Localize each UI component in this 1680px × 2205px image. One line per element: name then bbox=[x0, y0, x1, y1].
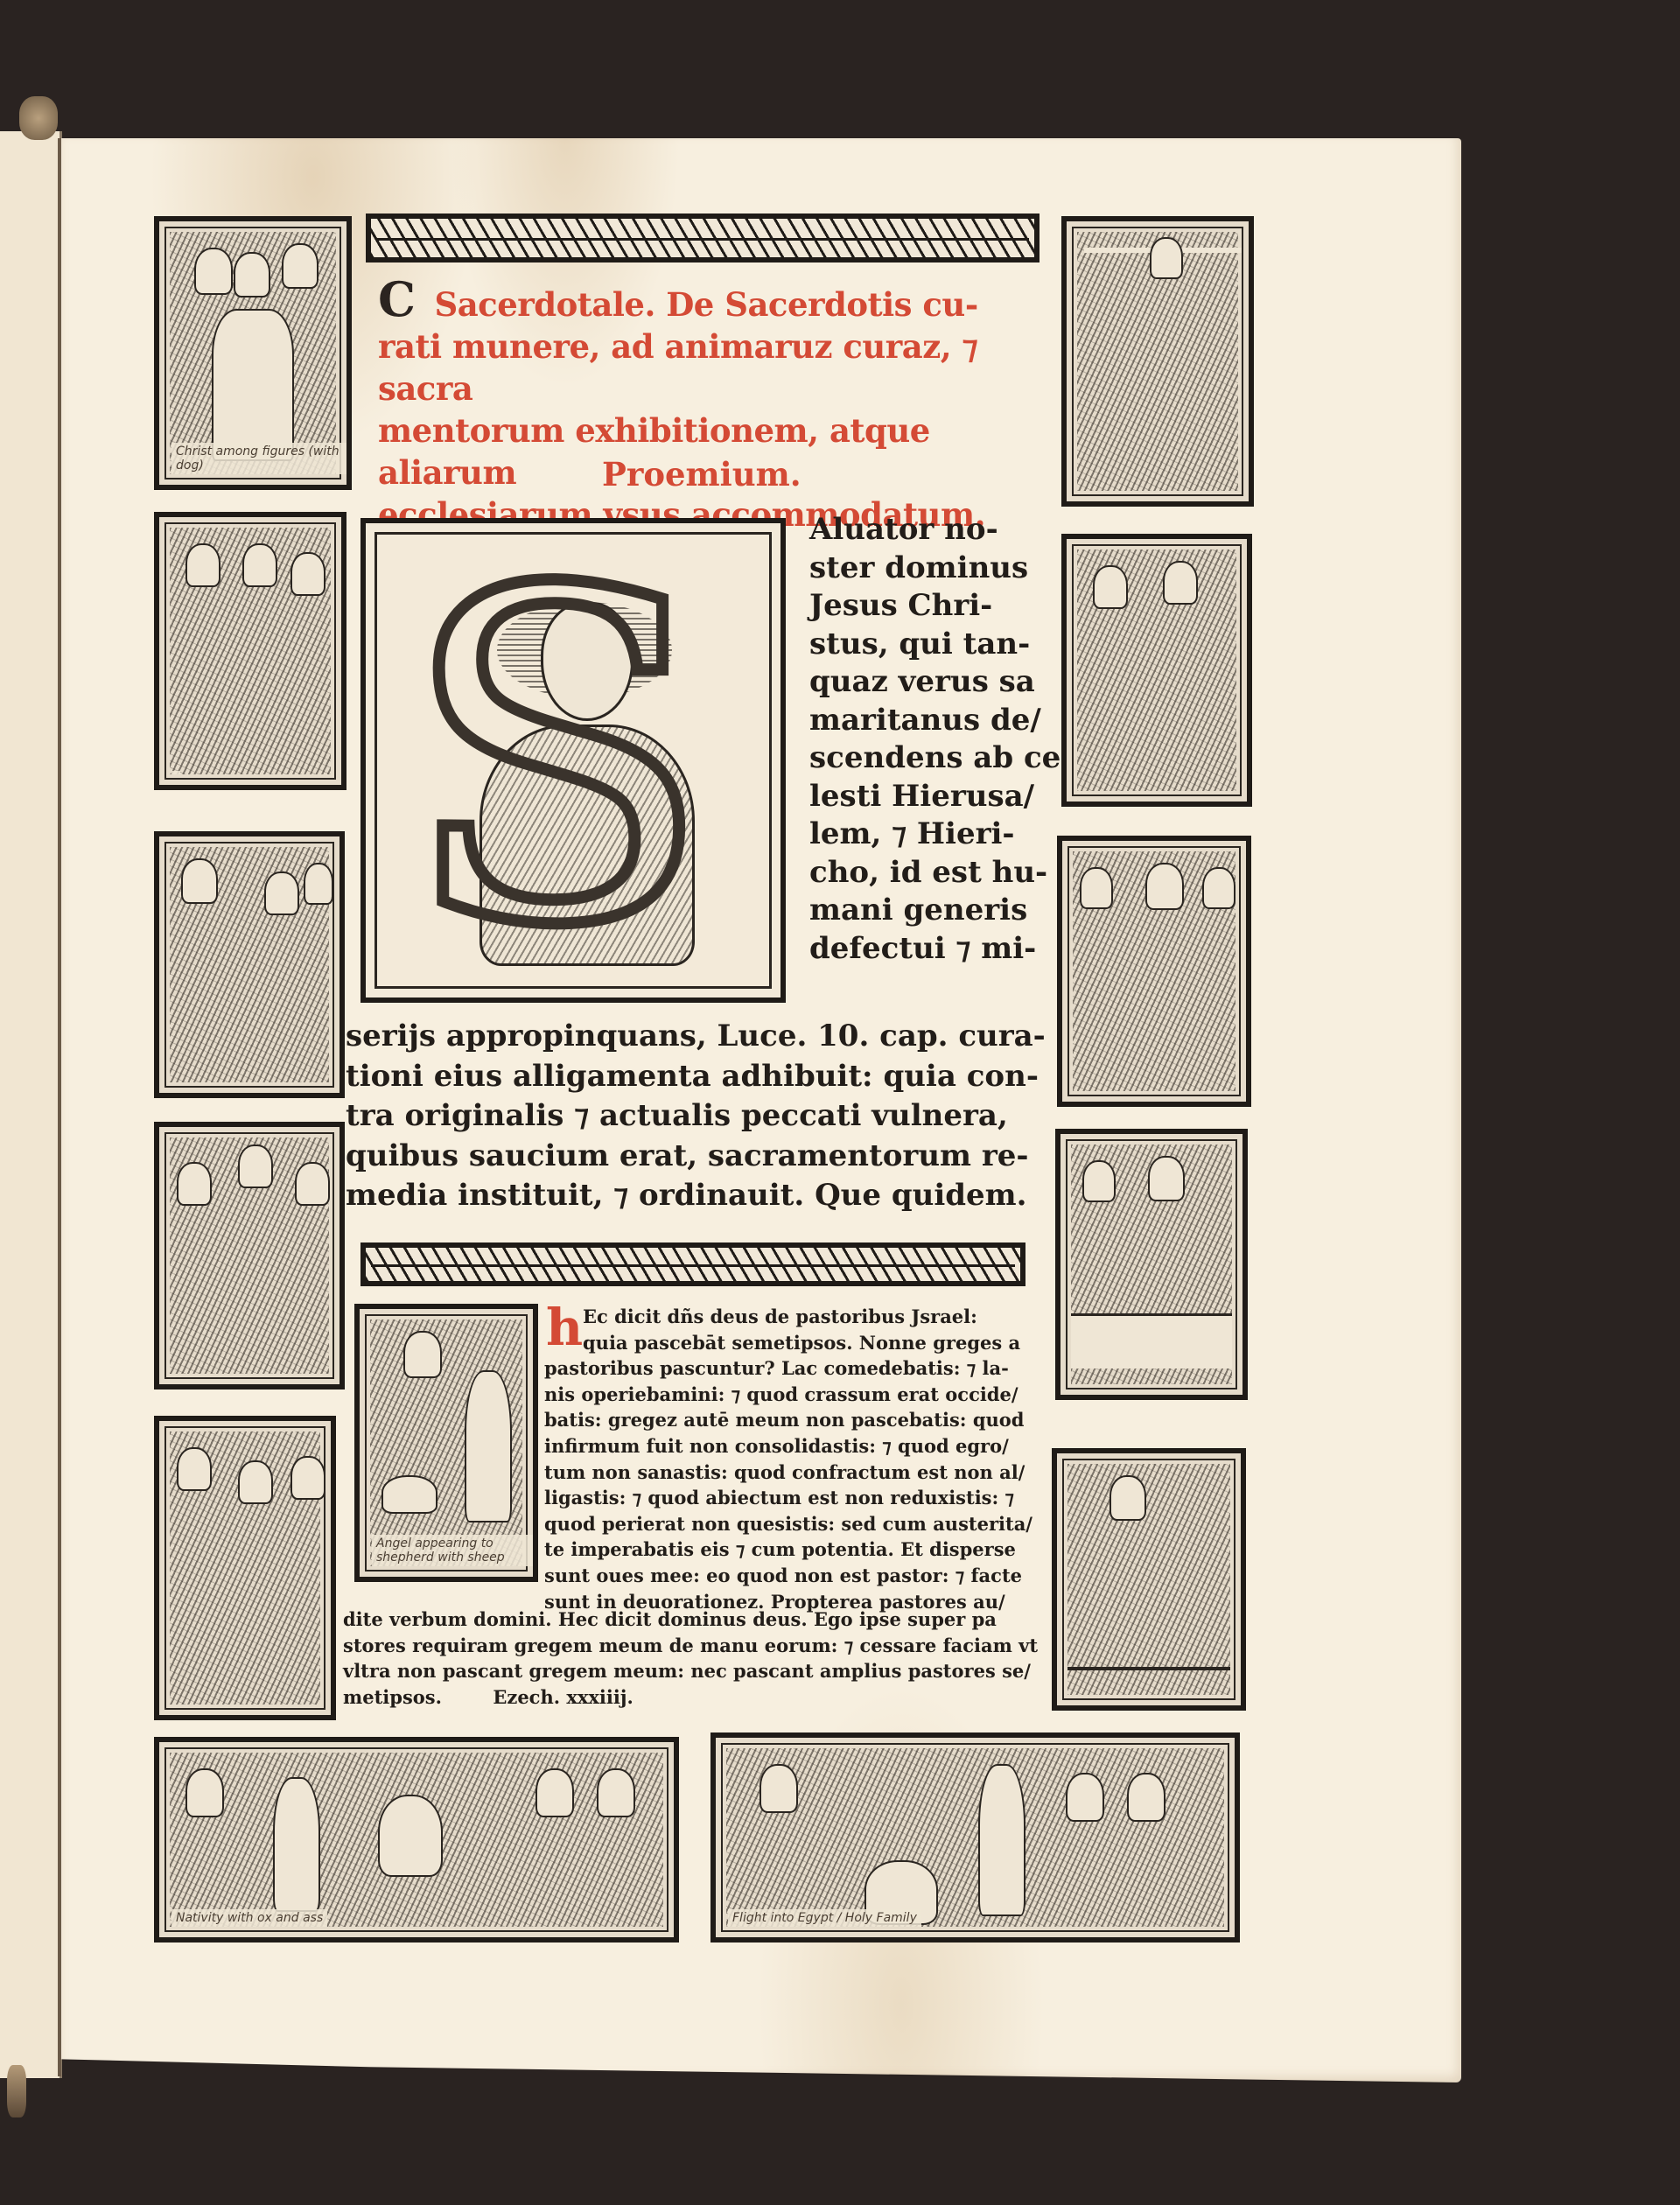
woodcut-caption: Nativity with ox and ass bbox=[171, 1909, 327, 1927]
text-line: media instituit, ⁊ ordinauit. Que quidem… bbox=[346, 1176, 1050, 1216]
text-line: stores requiram gregem meum de manu eoru… bbox=[343, 1633, 1043, 1659]
text-line: stus, qui tan- bbox=[809, 626, 1046, 664]
woodcut-right-4 bbox=[1055, 1129, 1248, 1400]
text-line: tra originalis ⁊ actualis peccati vulner… bbox=[346, 1096, 1050, 1137]
text-line: ligastis: ⁊ quod abiectum est non reduxi… bbox=[544, 1485, 1081, 1511]
woodcut-left-2 bbox=[154, 512, 346, 790]
text-line: metipsos. Ezech. xxxiiij. bbox=[343, 1684, 1043, 1711]
text-line: Aluator no- bbox=[809, 511, 1046, 549]
text-line: Ec dicit dñs deus de pastoribus Jsrael: bbox=[583, 1304, 1081, 1330]
text-line: quibus saucium erat, sacramentorum re- bbox=[346, 1137, 1050, 1177]
text-line: infirmum fuit non consolidastis: ⁊ quod … bbox=[544, 1433, 1081, 1459]
woodcut-right-2 bbox=[1061, 534, 1252, 807]
woodcut-bottom-left: Nativity with ox and ass bbox=[154, 1737, 679, 1942]
gutter-line bbox=[58, 138, 61, 2076]
woodcut-caption: Angel appearing to shepherd with sheep bbox=[372, 1535, 533, 1566]
text-line: pastoribus pascuntur? Lac comedebatis: ⁊… bbox=[544, 1355, 1081, 1382]
woodcut-caption: Flight into Egypt / Holy Family bbox=[728, 1909, 921, 1927]
woodcut-left-1: Christ among figures (with dog) bbox=[154, 216, 352, 490]
woodcut-bottom-right: Flight into Egypt / Holy Family bbox=[710, 1732, 1240, 1942]
text-line: sunt oues mee: eo quod non est pastor: ⁊… bbox=[544, 1563, 1081, 1589]
woodcut-caption bbox=[171, 771, 180, 774]
text-line: defectui ⁊ mi- bbox=[809, 930, 1046, 969]
binding-cord-bottom bbox=[7, 2065, 26, 2117]
ezekiel-narrow-column: Ec dicit dñs deus de pastoribus Jsrael: … bbox=[544, 1304, 1081, 1614]
ezekiel-full-width: dite verbum domini. Hec dicit dominus de… bbox=[343, 1606, 1043, 1710]
woodcut-right-3 bbox=[1057, 836, 1251, 1107]
text-line: lem, ⁊ Hieri- bbox=[809, 815, 1046, 854]
text-line: serijs appropinquans, Luce. 10. cap. cur… bbox=[346, 1017, 1050, 1057]
text-line: te imperabatis eis ⁊ cum potentia. Et di… bbox=[544, 1536, 1081, 1563]
woodcut-angel-shepherd: Angel appearing to shepherd with sheep bbox=[354, 1304, 538, 1582]
text-line: tioni eius alligamenta adhibuit: quia co… bbox=[346, 1057, 1050, 1097]
adjacent-page-edge bbox=[0, 131, 62, 2078]
historiated-initial-S: S bbox=[360, 518, 786, 1003]
title-line-1: Sacerdotale. De Sacerdotis cu- bbox=[434, 285, 977, 324]
text-line: quaz verus sa bbox=[809, 663, 1046, 702]
text-line: quod perierat non quesistis: sed cum aus… bbox=[544, 1511, 1081, 1537]
text-line: nis operiebamini: ⁊ quod crassum erat oc… bbox=[544, 1382, 1081, 1408]
woodcut-caption: Christ among figures (with dog) bbox=[171, 443, 346, 474]
title-initial-C: C bbox=[378, 271, 415, 327]
text-line: ster dominus bbox=[809, 549, 1046, 588]
proemium-heading: Proemium. bbox=[602, 455, 801, 493]
ornamental-band-top bbox=[366, 213, 1039, 262]
woodcut-left-5 bbox=[154, 1416, 336, 1720]
text-line: vltra non pascant gregem meum: nec pasca… bbox=[343, 1658, 1043, 1684]
text-line: mani generis bbox=[809, 892, 1046, 930]
woodcut-right-1 bbox=[1061, 216, 1254, 507]
text-line: scendens ab ce bbox=[809, 739, 1046, 778]
text-line: Jesus Chri- bbox=[809, 587, 1046, 626]
text-line: lesti Hierusa/ bbox=[809, 778, 1046, 816]
woodcut-left-4 bbox=[154, 1122, 345, 1389]
initial-letter-S: S bbox=[401, 532, 712, 987]
ornamental-band-middle bbox=[360, 1242, 1025, 1286]
prologue-narrow-column: Aluator no- ster dominus Jesus Chri- stu… bbox=[809, 511, 1046, 968]
text-line: maritanus de/ bbox=[809, 702, 1046, 740]
text-line: tum non sanastis: quod confractum est no… bbox=[544, 1459, 1081, 1486]
text-line: batis: gregez autē meum non pascebatis: … bbox=[544, 1407, 1081, 1433]
title-line-2: rati munere, ad animaruz curaz, ⁊ sacra bbox=[378, 325, 1043, 409]
text-line: cho, id est hu- bbox=[809, 854, 1046, 892]
binding-cord-top bbox=[19, 96, 58, 140]
prologue-full-width: serijs appropinquans, Luce. 10. cap. cur… bbox=[346, 1017, 1050, 1216]
text-line: dite verbum domini. Hec dicit dominus de… bbox=[343, 1606, 1043, 1633]
text-line: quia pascebāt semetipsos. Nonne greges a bbox=[583, 1330, 1081, 1356]
woodcut-left-3 bbox=[154, 831, 345, 1098]
